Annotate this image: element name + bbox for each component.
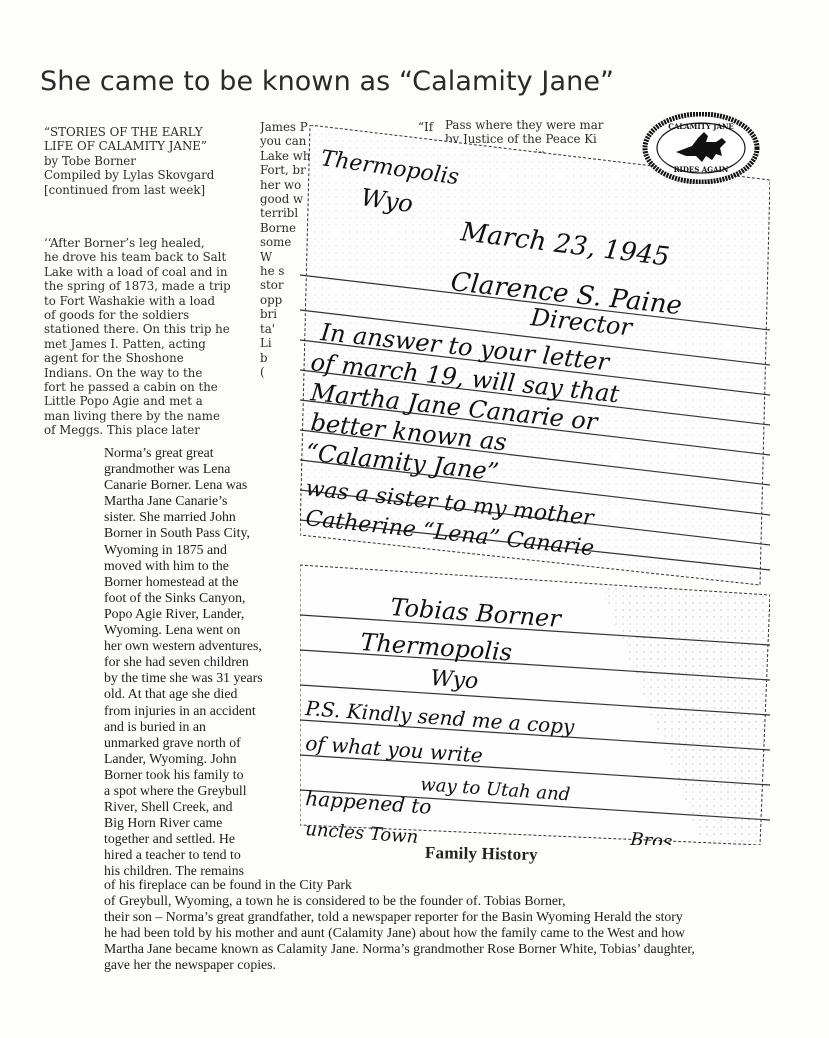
svg-text:CALAMITY JANE: CALAMITY JANE <box>668 122 734 131</box>
text-line: Borner in South Pass City, <box>104 525 284 541</box>
text-line: Wyoming. Lena went on <box>104 622 284 638</box>
text-line: together and settled. He <box>104 831 284 847</box>
clipping-line: man living there by the name <box>44 409 284 423</box>
clipping-line: of goods for the soldiers <box>44 308 284 322</box>
byline-line: Compiled by Lylas Skovgard <box>44 168 259 182</box>
calamity-jane-stamp: CALAMITY JANE RIDES AGAIN <box>642 112 760 184</box>
text-line: Borner homestead at the <box>104 574 284 590</box>
text-line: gave her the newspaper copies. <box>104 957 744 973</box>
text-line: foot of the Sinks Canyon, <box>104 590 284 606</box>
page-headline: She came to be known as “Calamity Jane” <box>40 66 614 97</box>
clipping-line: he drove his team back to Salt <box>44 250 284 264</box>
text-line: their son – Norma’s great grandfather, t… <box>104 909 744 925</box>
text-line: by the time she was 31 years <box>104 670 284 686</box>
clipping-line: Lake with a load of coal and in <box>44 265 284 279</box>
text-line: from injuries in an accident <box>104 703 284 719</box>
clipping-line: met James I. Patten, acting <box>44 337 284 351</box>
clipping-line: of Meggs. This place later <box>44 423 284 437</box>
text-line: he had been told by his mother and aunt … <box>104 925 744 941</box>
text-line: grandmother was Lena <box>104 461 284 477</box>
text-line: moved with him to the <box>104 558 284 574</box>
text-line: of Greybull, Wyoming, a town he is consi… <box>104 893 744 909</box>
text-line: River, Shell Creek, and <box>104 799 284 815</box>
clipping-line: ‘‘After Borner’s leg healed, <box>44 236 284 250</box>
text-line: Norma’s great great <box>104 445 284 461</box>
text-line: Popo Agie River, Lander, <box>104 606 284 622</box>
family-history-caption: Family History <box>425 843 538 865</box>
wide-paragraph-text: of his fireplace can be found in the Cit… <box>104 877 744 974</box>
text-line: old. At that age she died <box>104 686 284 702</box>
text-line: and is buried in an <box>104 719 284 735</box>
text-line: her own western adventures, <box>104 638 284 654</box>
handwritten-letter-image: ThermopolisWyoMarch 23, 1945Clarence S. … <box>300 125 770 845</box>
handwritten-line: Bros <box>629 829 673 845</box>
text-line: Big Horn River came <box>104 815 284 831</box>
text-line: hired a teacher to tend to <box>104 847 284 863</box>
clipping-line: stationed there. On this trip he <box>44 322 284 336</box>
byline-line: by Tobe Borner <box>44 154 259 168</box>
svg-text:RIDES AGAIN: RIDES AGAIN <box>674 165 729 174</box>
clipping-column-1: ‘‘After Borner’s leg healed,he drove his… <box>44 236 284 438</box>
clipping-line: Little Popo Agie and met a <box>44 394 284 408</box>
handwritten-letter: ThermopolisWyoMarch 23, 1945Clarence S. … <box>300 125 770 845</box>
text-line: Martha Jane Canarie’s <box>104 493 284 509</box>
clipping-line: fort he passed a cabin on the <box>44 380 284 394</box>
text-line: a spot where the Greybull <box>104 783 284 799</box>
byline-line: [continued from last week] <box>44 183 259 197</box>
narrow-column-text: Norma’s great greatgrandmother was LenaC… <box>104 445 284 880</box>
clipping-line: to Fort Washakie with a load <box>44 294 284 308</box>
text-line: sister. She married John <box>104 509 284 525</box>
text-line: Lander, Wyoming. John <box>104 751 284 767</box>
byline-line: “STORIES OF THE EARLY <box>44 125 259 139</box>
text-line: Canarie Borner. Lena was <box>104 477 284 493</box>
clipping-line: agent for the Shoshone <box>44 351 284 365</box>
text-line: for she had seven children <box>104 654 284 670</box>
text-line: unmarked grave north of <box>104 735 284 751</box>
handwritten-line: Wyo <box>430 666 479 694</box>
text-line: Wyoming in 1875 and <box>104 542 284 558</box>
clipping-line: the spring of 1873, made a trip <box>44 279 284 293</box>
clipping-byline: “STORIES OF THE EARLY LIFE OF CALAMITY J… <box>44 125 259 197</box>
clipping-line: Indians. On the way to the <box>44 366 284 380</box>
byline-line: LIFE OF CALAMITY JANE” <box>44 139 259 153</box>
text-line: of his fireplace can be found in the Cit… <box>104 877 744 893</box>
text-line: Martha Jane became known as Calamity Jan… <box>104 941 744 957</box>
text-line: Borner took his family to <box>104 767 284 783</box>
horse-and-rider-icon: CALAMITY JANE RIDES AGAIN <box>642 112 760 184</box>
